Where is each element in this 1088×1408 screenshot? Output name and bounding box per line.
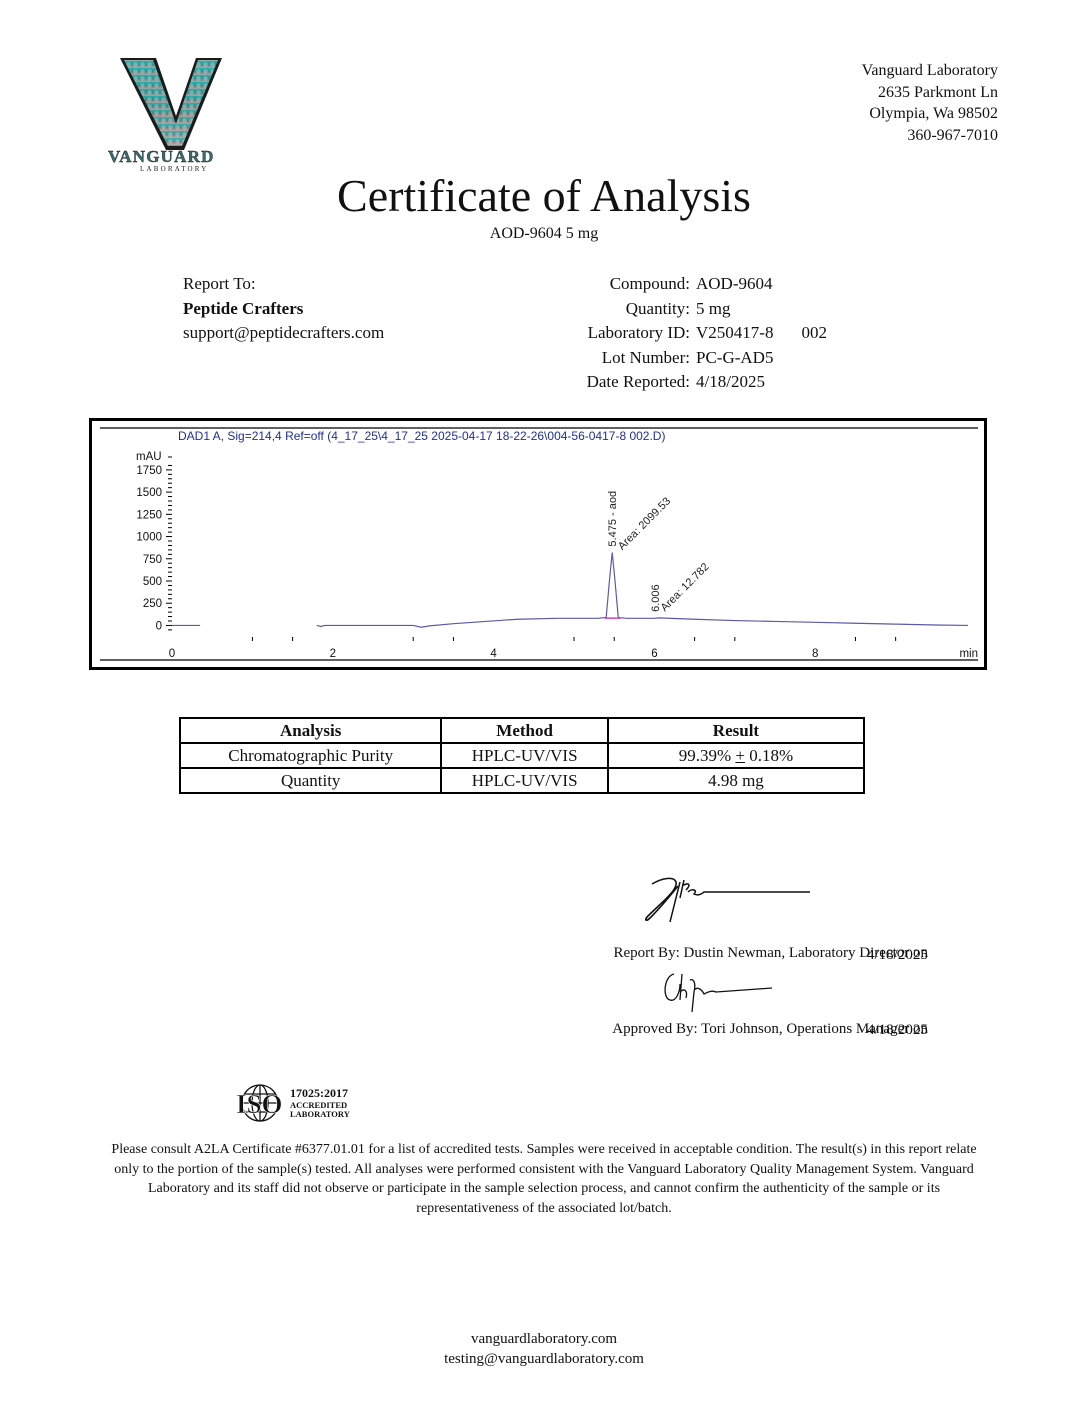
svg-text:750: 750 (143, 554, 162, 566)
sample-info-block: Compound: AOD-9604 Quantity: 5 mg Labora… (520, 272, 827, 395)
header-method: Method (441, 718, 608, 743)
sample-info-row: Compound: AOD-9604 (520, 272, 827, 297)
compound-value: AOD-9604 (690, 272, 773, 297)
svg-text:4: 4 (490, 648, 497, 660)
sample-info-row: Laboratory ID: V250417-8 002 (520, 321, 827, 346)
report-by-date: 4/18/2025 (867, 946, 928, 964)
lab-name: Vanguard Laboratory (862, 60, 998, 82)
approved-by-date: 4/18/2025 (867, 1021, 928, 1039)
date-reported-value: 4/18/2025 (690, 370, 765, 395)
report-to-label: Report To: (183, 272, 384, 297)
svg-text:Area: 12.782: Area: 12.782 (659, 561, 712, 614)
svg-text:DAD1 A, Sig=214,4 Ref=off (4_1: DAD1 A, Sig=214,4 Ref=off (4_17_25\4_17_… (178, 429, 665, 443)
chromatogram-plot: DAD1 A, Sig=214,4 Ref=off (4_17_25\4_17_… (92, 421, 984, 667)
manager-signature-icon (660, 970, 780, 1016)
svg-text:LABORATORY: LABORATORY (290, 1109, 350, 1119)
svg-text:Area: 2099.53: Area: 2099.53 (616, 495, 673, 552)
client-name: Peptide Crafters (183, 297, 384, 322)
laboratory-id-suffix: 002 (773, 321, 827, 346)
svg-text:17025:2017: 17025:2017 (290, 1086, 348, 1100)
lab-address: Vanguard Laboratory 2635 Parkmont Ln Oly… (862, 60, 998, 146)
disclaimer-text: Please consult A2LA Certificate #6377.01… (100, 1140, 988, 1218)
svg-text:250: 250 (143, 598, 162, 610)
header-result: Result (608, 718, 864, 743)
director-signature-icon (640, 872, 815, 927)
lot-number-label: Lot Number: (520, 346, 690, 371)
sample-info-row: Date Reported: 4/18/2025 (520, 370, 827, 395)
page-subtitle: AOD-9604 5 mg (0, 224, 1088, 244)
svg-text:ISO: ISO (236, 1089, 283, 1119)
vanguard-v-logo-icon: VANGUARD LABORATORY (104, 54, 244, 172)
hplc-chromatogram: DAD1 A, Sig=214,4 Ref=off (4_17_25\4_17_… (89, 418, 987, 670)
footer-website[interactable]: vanguardlaboratory.com (0, 1330, 1088, 1350)
lab-phone: 360-967-7010 (862, 125, 998, 147)
method-cell: HPLC-UV/VIS (441, 743, 608, 768)
iso-accreditation-badge: ISO 17025:2017 ACCREDITED LABORATORY (234, 1083, 364, 1123)
result-cell: 99.39% + 0.18% (608, 743, 864, 768)
svg-text:1000: 1000 (136, 532, 162, 544)
plus-minus-sign: + (735, 746, 745, 765)
quantity-value: 5 mg (690, 297, 730, 322)
iso-globe-icon: ISO 17025:2017 ACCREDITED LABORATORY (234, 1083, 364, 1123)
sample-info-row: Lot Number: PC-G-AD5 (520, 346, 827, 371)
results-table: Analysis Method Result Chromatographic P… (179, 717, 865, 794)
footer: vanguardlaboratory.com testing@vanguardl… (0, 1330, 1088, 1369)
svg-text:1250: 1250 (136, 509, 162, 521)
table-header-row: Analysis Method Result (180, 718, 864, 743)
quantity-label: Quantity: (520, 297, 690, 322)
result-cell: 4.98 mg (608, 768, 864, 793)
compound-label: Compound: (520, 272, 690, 297)
svg-text:8: 8 (812, 648, 818, 660)
svg-text:1750: 1750 (136, 465, 162, 477)
lab-city: Olympia, Wa 98502 (862, 103, 998, 125)
method-cell: HPLC-UV/VIS (441, 768, 608, 793)
laboratory-id-value: V250417-8 (690, 321, 773, 346)
svg-text:1500: 1500 (136, 487, 162, 499)
svg-text:0: 0 (169, 648, 175, 660)
sample-info-row: Quantity: 5 mg (520, 297, 827, 322)
svg-text:500: 500 (143, 576, 162, 588)
svg-text:5.475 - aod: 5.475 - aod (607, 491, 619, 547)
laboratory-id-label: Laboratory ID: (520, 321, 690, 346)
report-to-block: Report To: Peptide Crafters support@pept… (183, 272, 384, 346)
svg-text:6: 6 (651, 648, 657, 660)
header-analysis: Analysis (180, 718, 441, 743)
footer-email[interactable]: testing@vanguardlaboratory.com (0, 1350, 1088, 1370)
vanguard-logo: VANGUARD LABORATORY (104, 54, 244, 172)
page-title: Certificate of Analysis (0, 168, 1088, 224)
svg-text:mAU: mAU (136, 451, 162, 463)
analysis-cell: Quantity (180, 768, 441, 793)
lab-street: 2635 Parkmont Ln (862, 82, 998, 104)
table-row: Chromatographic Purity HPLC-UV/VIS 99.39… (180, 743, 864, 768)
svg-text:0: 0 (156, 620, 162, 632)
analysis-cell: Chromatographic Purity (180, 743, 441, 768)
table-row: Quantity HPLC-UV/VIS 4.98 mg (180, 768, 864, 793)
client-email: support@peptidecrafters.com (183, 321, 384, 346)
svg-text:VANGUARD: VANGUARD (108, 147, 215, 166)
lot-number-value: PC-G-AD5 (690, 346, 773, 371)
svg-text:2: 2 (330, 648, 336, 660)
date-reported-label: Date Reported: (520, 370, 690, 395)
svg-text:min: min (959, 648, 978, 660)
